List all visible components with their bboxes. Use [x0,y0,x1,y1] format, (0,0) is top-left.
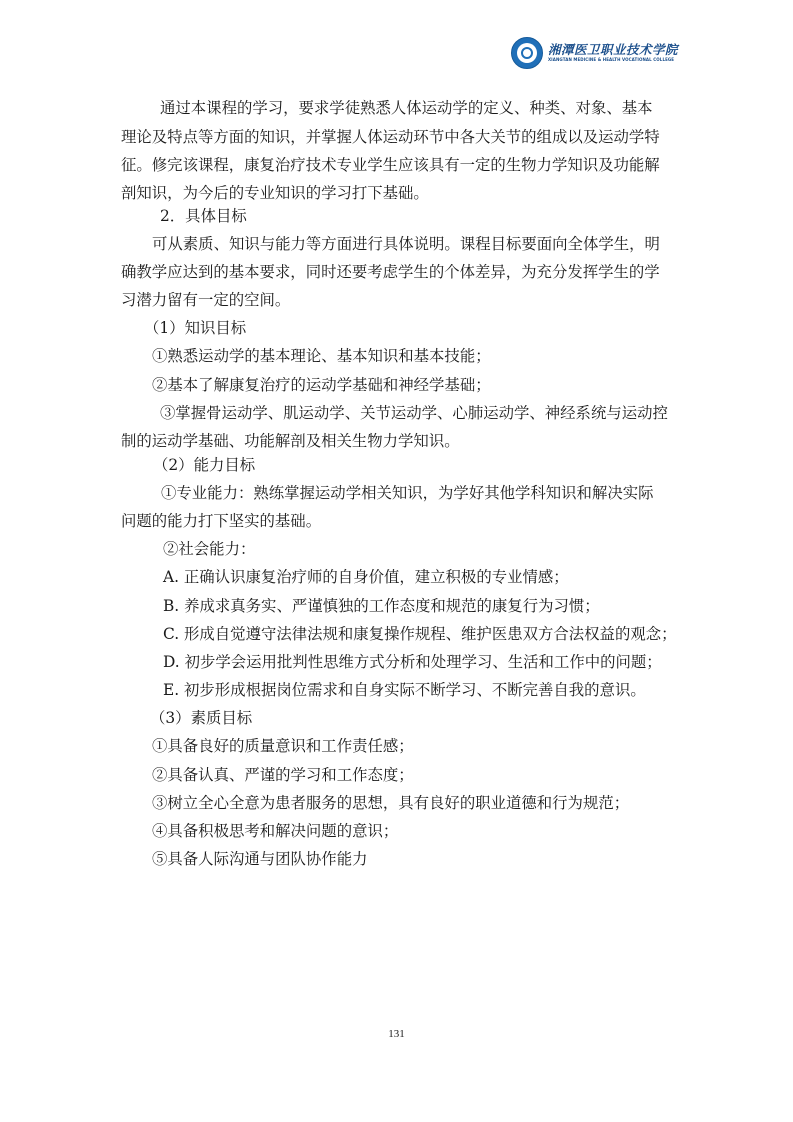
paragraph-line: 通过本课程的学习，要求学徒熟悉人体运动学的定义、种类、对象、基本 [160,98,653,118]
list-item: 制的运动学基础、功能解剖及相关生物力学知识。 [121,431,460,451]
list-item: 问题的能力打下坚实的基础。 [121,511,321,531]
list-item: ④具备积极思考和解决问题的意识； [152,821,398,841]
list-item: E. 初步形成根据岗位需求和自身实际不断学习、不断完善自我的意识。 [163,680,646,700]
paragraph-line: 征。修完该课程，康复治疗技术专业学生应该具有一定的生物力学知识及功能解 [121,155,660,175]
list-item: C. 形成自觉遵守法律法规和康复操作规程、维护医患双方合法权益的观念； [163,624,677,644]
list-item: ⑤具备人际沟通与团队协作能力 [152,849,367,869]
paragraph-line: 可从素质、知识与能力等方面进行具体说明。课程目标要面向全体学生，明 [152,234,660,254]
list-item: ②具备认真、严谨的学习和工作态度； [152,765,414,785]
section-heading: 2．具体目标 [160,206,247,226]
list-item: ①熟悉运动学的基本理论、基本知识和基本技能； [152,346,491,366]
list-item: ②社会能力： [163,539,255,559]
list-item: B. 养成求真务实、严谨慎独的工作态度和规范的康复行为习惯； [163,596,600,616]
paragraph-line: 习潜力留有一定的空间。 [121,290,290,310]
list-item: ①具备良好的质量意识和工作责任感； [152,736,414,756]
list-item: D. 初步学会运用批判性思维方式分析和处理学习、生活和工作中的问题； [163,652,662,672]
subsection-heading: （3）素质目标 [150,708,252,728]
list-item: A. 正确认识康复治疗师的自身价值，建立积极的专业情感； [163,567,569,587]
college-emblem-icon [511,37,543,69]
list-item: ①专业能力：熟练掌握运动学相关知识，为学好其他学科知识和解决实际 [161,483,654,503]
subsection-heading: （2）能力目标 [153,455,255,475]
list-item: ③树立全心全意为患者服务的思想，具有良好的职业道德和行为规范； [152,793,629,813]
paragraph-line: 确教学应达到的基本要求，同时还要考虑学生的个体差异，为充分发挥学生的学 [121,262,660,282]
college-name-cn: 湘潭医卫职业技术学院 [548,40,678,58]
paragraph-line: 剖知识，为今后的专业知识的学习打下基础。 [121,183,429,203]
page-number: 131 [0,1028,793,1040]
subsection-heading: （1）知识目标 [144,318,246,338]
paragraph-line: 理论及特点等方面的知识，并掌握人体运动环节中各大关节的组成以及运动学特 [121,127,660,147]
college-name-en: XIANGTAN MEDICINE & HEALTH VOCATIONAL CO… [548,57,674,62]
list-item: ③掌握骨运动学、肌运动学、关节运动学、心肺运动学、神经系统与运动控 [160,403,668,423]
college-logo: 湘潭医卫职业技术学院 XIANGTAN MEDICINE & HEALTH VO… [511,37,671,71]
list-item: ②基本了解康复治疗的运动学基础和神经学基础； [152,375,491,395]
